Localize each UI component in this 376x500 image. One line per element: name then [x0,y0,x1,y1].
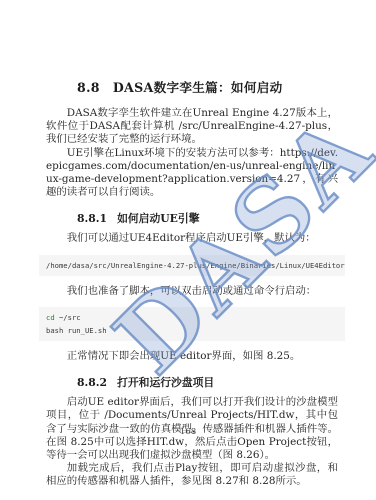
paragraph-editor-result: 正常情况下即会出现UE editor界面，如图 8.25。 [46,350,338,363]
code-line-path: /home/dasa/src/UnrealEngine-4.27-plus/En… [46,260,338,272]
subsection-1-number: 8.8.1 [77,212,107,225]
subsection-heading-1: 8.8.1如何启动UE引擎 [77,211,338,226]
intro-paragraph-2: UE引擎在Linux环境下的安装方法可以参考：https://dev.epicg… [46,147,338,200]
intro-paragraph-1: DASA数字孪生软件建立在Unreal Engine 4.27版本上，软件位于D… [46,107,338,147]
code-block-run-script: cd ~/src bash run_UE.sh [39,307,345,341]
subsection-2-title: 打开和运行沙盘项目 [117,376,214,389]
subsection-heading-2: 8.8.2打开和运行沙盘项目 [77,375,338,390]
paragraph-play-project: 加载完成后，我们点击Play按钮，即可启动虚拟沙盘，和相应的传感器和机器人插件，… [46,462,338,488]
paragraph-launch-intro: 我们可以通过UE4Editor程序启动UE引擎，默认为： [46,232,338,245]
shell-arg-src: ~/src [55,313,81,322]
code-block-ue4editor-path: /home/dasa/src/UnrealEngine-4.27-plus/En… [39,255,345,276]
page-number: 168 [0,427,376,437]
paragraph-script-intro: 我们也准备了脚本，可以双击启动或通过命令行启动： [46,285,338,298]
code-line-bash: bash run_UE.sh [46,325,338,337]
shell-command-cd: cd [46,313,55,322]
section-number: 8.8 [77,80,100,95]
code-line-cd: cd ~/src [46,312,338,324]
subsection-2-number: 8.8.2 [77,376,107,389]
section-title: DASA数字孪生篇：如何启动 [113,80,283,95]
section-heading: 8.8DASA数字孪生篇：如何启动 [77,77,338,96]
subsection-1-title: 如何启动UE引擎 [117,212,199,225]
document-page: DASA 8.8DASA数字孪生篇：如何启动 DASA数字孪生软件建立在Unre… [0,0,376,500]
